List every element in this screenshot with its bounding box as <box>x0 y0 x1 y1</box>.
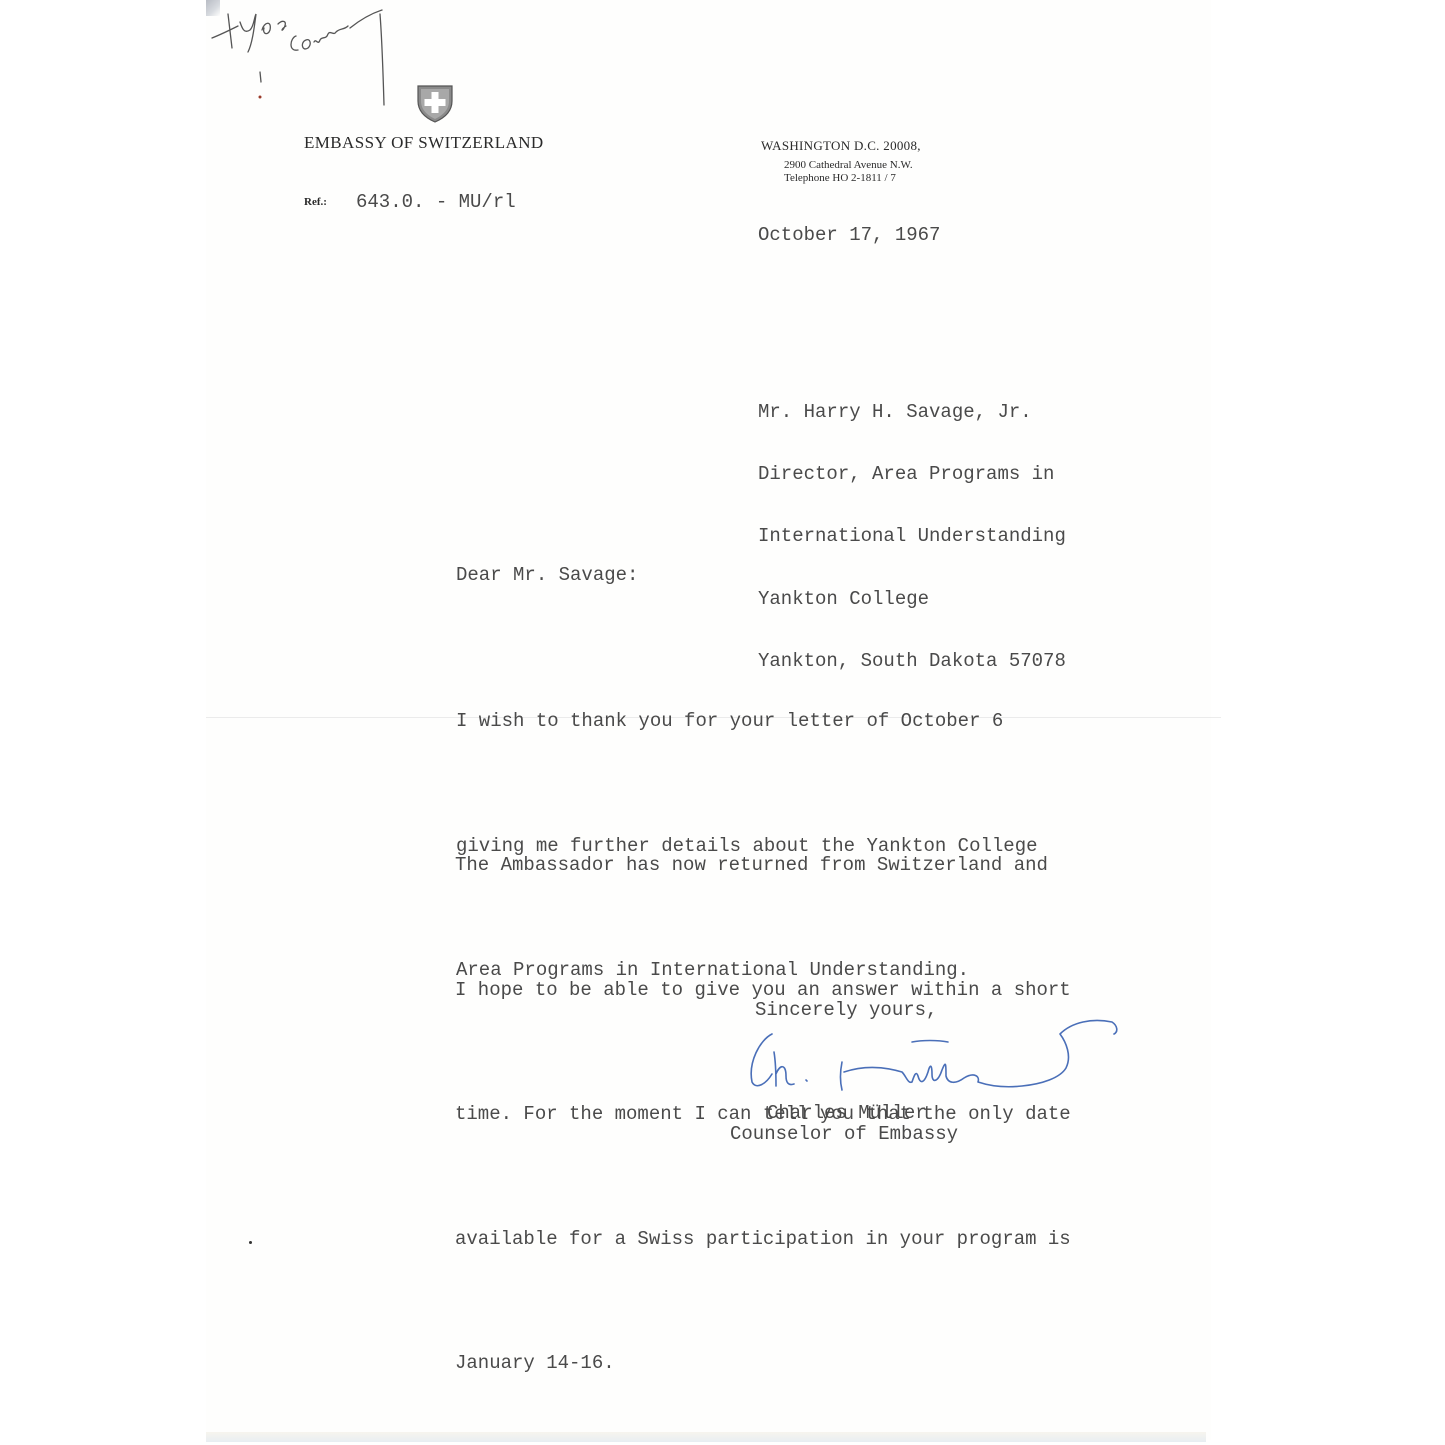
signer-title: Counselor of Embassy <box>730 1123 958 1145</box>
swiss-cross-shield-icon <box>416 83 454 123</box>
paragraph-line: January 14-16. <box>455 1343 1071 1385</box>
reference-number: 643.0. - MU/rl <box>356 191 516 213</box>
reference-label: Ref.: <box>304 196 327 208</box>
paragraph-line: available for a Swiss participation in y… <box>455 1219 1071 1261</box>
organization-name: EMBASSY OF SWITZERLAND <box>304 133 544 153</box>
address-line: Mr. Harry H. Savage, Jr. <box>758 402 1066 423</box>
letterhead-street: 2900 Cathedral Avenue N.W. <box>784 159 913 171</box>
address-line: Director, Area Programs in <box>758 464 1066 485</box>
letter-date: October 17, 1967 <box>758 224 940 246</box>
signer-name: Charles Müller <box>767 1102 927 1124</box>
signature-icon <box>742 1012 1127 1097</box>
letterhead-city: WASHINGTON D.C. 20008, <box>761 138 921 154</box>
salutation: Dear Mr. Savage: <box>456 564 638 586</box>
paragraph-line: The Ambassador has now returned from Swi… <box>455 845 1071 887</box>
ink-speck <box>249 1241 252 1244</box>
address-line: International Understanding <box>758 526 1066 547</box>
page-bottom-edge <box>206 1432 1206 1442</box>
letterhead-telephone: Telephone HO 2-1811 / 7 <box>784 172 896 184</box>
paragraph-line: I wish to thank you for your letter of O… <box>456 701 1038 743</box>
address-line: Yankton College <box>758 589 1066 610</box>
handwritten-note-icon <box>210 0 400 110</box>
